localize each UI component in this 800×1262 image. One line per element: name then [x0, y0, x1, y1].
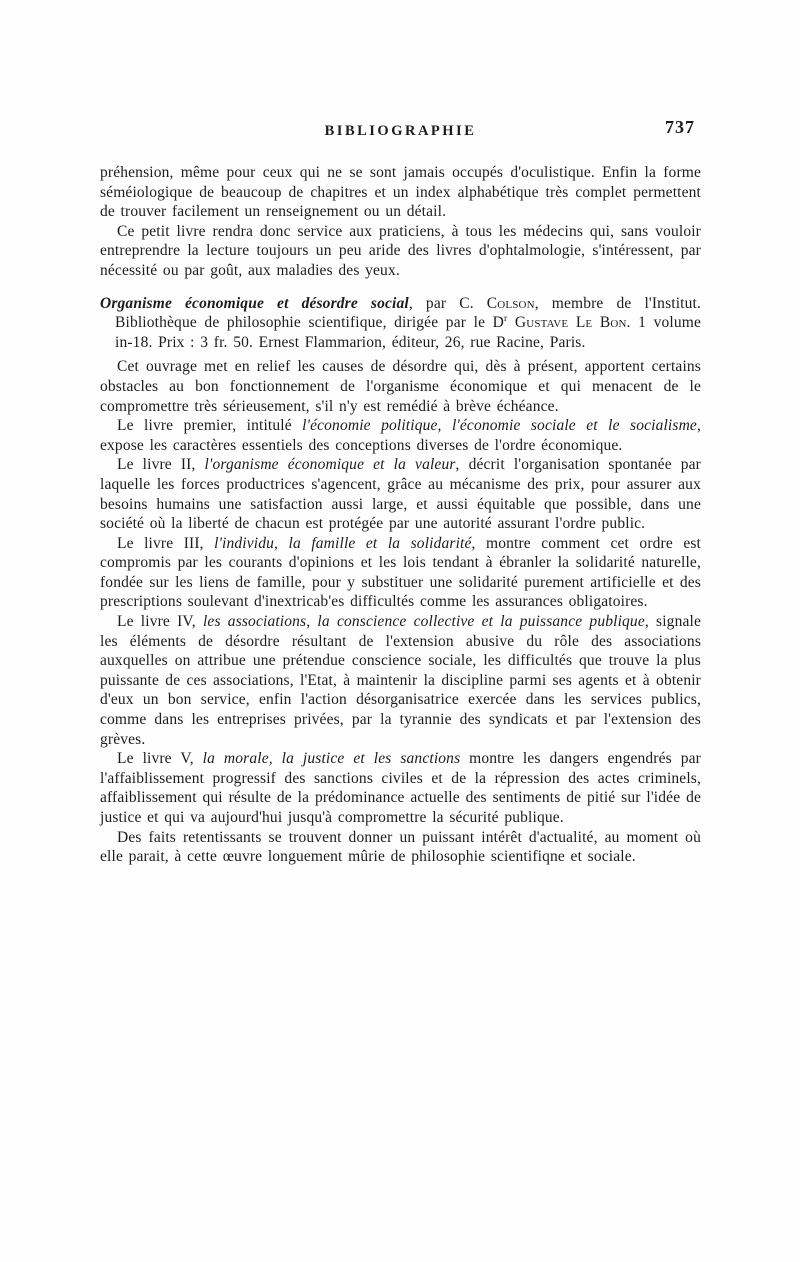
director-name: Gustave Le Bon [515, 314, 627, 331]
paragraph-ce-petit-livre: Ce petit livre rendra donc service aux p… [100, 222, 701, 281]
superscript-r: r [504, 313, 507, 324]
text-run: , signale les éléments de désordre résul… [100, 613, 701, 748]
text-run: , par C. [409, 295, 487, 312]
scanned-book-page: BIBLIOGRAPHIE 737 préhension, même pour … [0, 0, 800, 1262]
paragraph-livre-5: Le livre V, la morale, la justice et les… [100, 749, 701, 827]
text-run: Le livre V, [117, 750, 203, 767]
paragraph-des-faits: Des faits retentissants se trouvent donn… [100, 828, 701, 867]
text-run: Le livre IV, [117, 613, 203, 630]
paragraph-text: Ce petit livre rendra donc service aux p… [100, 223, 701, 279]
book-section-title: l'organisme économique et la valeur [205, 456, 456, 473]
running-head: BIBLIOGRAPHIE [325, 123, 477, 139]
text-run: Le livre II, [117, 456, 205, 473]
book-title: Organisme économique et désordre social [100, 295, 409, 312]
book-section-title: la morale, la justice et les sanctions [203, 750, 461, 767]
text-run: Le livre premier, intitulé [117, 417, 302, 434]
book-section-title: l'individu, la famille et la solidarité [214, 535, 471, 552]
page-number: 737 [665, 118, 695, 138]
book-section-title: les associations, la conscience collecti… [203, 613, 645, 630]
paragraph-text: Des faits retentissants se trouvent donn… [100, 829, 701, 866]
paragraph-cet-ouvrage: Cet ouvrage met en relief les causes de … [100, 357, 701, 416]
paragraph-text: préhension, même pour ceux qui ne se son… [100, 164, 701, 220]
paragraph-text: Cet ouvrage met en relief les causes de … [100, 358, 701, 414]
paragraph-livre-2: Le livre II, l'organisme économique et l… [100, 455, 701, 533]
paragraph-livre-1: Le livre premier, intitulé l'économie po… [100, 416, 701, 455]
paragraph-livre-3: Le livre III, l'individu, la famille et … [100, 534, 701, 612]
page-content: BIBLIOGRAPHIE 737 préhension, même pour … [100, 121, 701, 867]
paragraph-continuation: préhension, même pour ceux qui ne se son… [100, 163, 701, 222]
paragraph-livre-4: Le livre IV, les associations, la consci… [100, 612, 701, 749]
page-header: BIBLIOGRAPHIE 737 [100, 121, 701, 143]
author-name: Colson [487, 295, 535, 312]
bibliography-entry: Organisme économique et désordre social,… [100, 294, 701, 353]
text-run: Le livre III, [117, 535, 214, 552]
book-section-title: l'économie politique, l'économie sociale… [302, 417, 697, 434]
